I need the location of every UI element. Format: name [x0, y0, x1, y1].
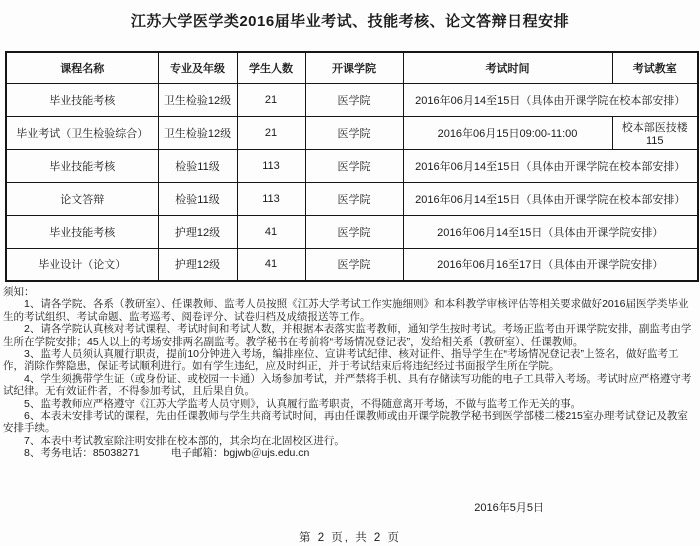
cell-time: 2016年06月15日09:00-11:00 [403, 116, 612, 149]
cell-major: 护理12级 [158, 248, 237, 281]
note-item-7: 7、本表中考试教室除注明安排在校本部的，其余均在北固校区进行。 [3, 435, 697, 447]
note-item-3: 3、监考人员须认真履行职责，提前10分钟进入考场，编排座位、宣讲考试纪律、核对证… [3, 348, 697, 373]
cell-time: 2016年06月16至17日（具体由开课学院安排） [403, 248, 698, 281]
table-row: 毕业设计（论文） 护理12级 41 医学院 2016年06月16至17日（具体由… [6, 248, 698, 281]
table-row: 毕业考试（卫生检验综合） 卫生检验12级 21 医学院 2016年06月15日0… [6, 116, 698, 149]
col-header-college: 开课学院 [305, 52, 403, 83]
exam-schedule-table: 课程名称 专业及年级 学生人数 开课学院 考试时间 考试教室 毕业技能考核 卫生… [5, 51, 699, 282]
col-header-students: 学生人数 [237, 52, 305, 83]
cell-major: 卫生检验12级 [158, 116, 237, 149]
note-item-1: 1、请各学院、各系（教研室）、任课教师、监考人员按照《江苏大学考试工作实施细则》… [3, 298, 697, 323]
cell-time: 2016年06月14至15日（具体由开课学院在校本部安排） [403, 149, 698, 182]
cell-time: 2016年06月14至15日（具体由开课学院安排） [403, 215, 698, 248]
cell-time: 2016年06月14至15日（具体由开课学院在校本部安排） [403, 182, 698, 215]
note-item-5: 5、监考教师应严格遵守《江苏大学监考人员守则》，认真履行监考职责，不得随意离开考… [3, 398, 697, 410]
note-item-2: 2、请各学院认真核对考试课程、考试时间和考试人数，并根据本表落实监考教师，通知学… [3, 323, 697, 348]
cell-students: 113 [237, 182, 305, 215]
cell-major: 检验11级 [158, 149, 237, 182]
cell-room: 校本部医技楼115 [612, 116, 698, 149]
cell-major: 卫生检验12级 [158, 83, 237, 116]
table-row: 毕业技能考核 检验11级 113 医学院 2016年06月14至15日（具体由开… [6, 149, 698, 182]
cell-course: 毕业技能考核 [6, 215, 158, 248]
note-item-6: 6、本表未安排考试的课程，先由任课教师与学生共商考试时间，再由任课教师或由开课学… [3, 410, 697, 435]
cell-students: 41 [237, 215, 305, 248]
cell-college: 医学院 [305, 182, 403, 215]
cell-college: 医学院 [305, 149, 403, 182]
notes-section: 须知： 1、请各学院、各系（教研室）、任课教师、监考人员按照《江苏大学考试工作实… [3, 286, 697, 460]
table-row: 毕业技能考核 卫生检验12级 21 医学院 2016年06月14至15日（具体由… [6, 83, 698, 116]
cell-course: 毕业考试（卫生检验综合） [6, 116, 158, 149]
col-header-time: 考试时间 [403, 52, 612, 83]
page-title: 江苏大学医学类2016届毕业考试、技能考核、论文答辩日程安排 [3, 10, 697, 31]
cell-course: 毕业技能考核 [6, 149, 158, 182]
cell-college: 医学院 [305, 215, 403, 248]
cell-students: 21 [237, 116, 305, 149]
cell-college: 医学院 [305, 83, 403, 116]
cell-college: 医学院 [305, 116, 403, 149]
document-page: 江苏大学医学类2016届毕业考试、技能考核、论文答辩日程安排 课程名称 专业及年… [0, 0, 700, 546]
col-header-room: 考试教室 [612, 52, 698, 83]
col-header-major: 专业及年级 [158, 52, 237, 83]
note-item-4: 4、学生须携带学生证（或身份证、或校园一卡通）入场参加考试，并严禁将手机、具有存… [3, 373, 697, 398]
cell-course: 论文答辩 [6, 182, 158, 215]
page-number: 第 2 页, 共 2 页 [3, 529, 697, 545]
cell-students: 113 [237, 149, 305, 182]
table-row: 论文答辩 检验11级 113 医学院 2016年06月14至15日（具体由开课学… [6, 182, 698, 215]
notes-heading: 须知： [3, 286, 697, 298]
issue-date: 2016年5月5日 [3, 499, 697, 515]
cell-students: 21 [237, 83, 305, 116]
table-header-row: 课程名称 专业及年级 学生人数 开课学院 考试时间 考试教室 [6, 52, 698, 83]
cell-course: 毕业技能考核 [6, 83, 158, 116]
note-item-8: 8、考务电话：85038271 电子邮箱：bgjwb＠ujs.edu.cn [3, 447, 697, 459]
cell-major: 护理12级 [158, 215, 237, 248]
cell-major: 检验11级 [158, 182, 237, 215]
col-header-course: 课程名称 [6, 52, 158, 83]
cell-students: 41 [237, 248, 305, 281]
cell-time: 2016年06月14至15日（具体由开课学院在校本部安排） [403, 83, 698, 116]
cell-college: 医学院 [305, 248, 403, 281]
cell-course: 毕业设计（论文） [6, 248, 158, 281]
table-row: 毕业技能考核 护理12级 41 医学院 2016年06月14至15日（具体由开课… [6, 215, 698, 248]
